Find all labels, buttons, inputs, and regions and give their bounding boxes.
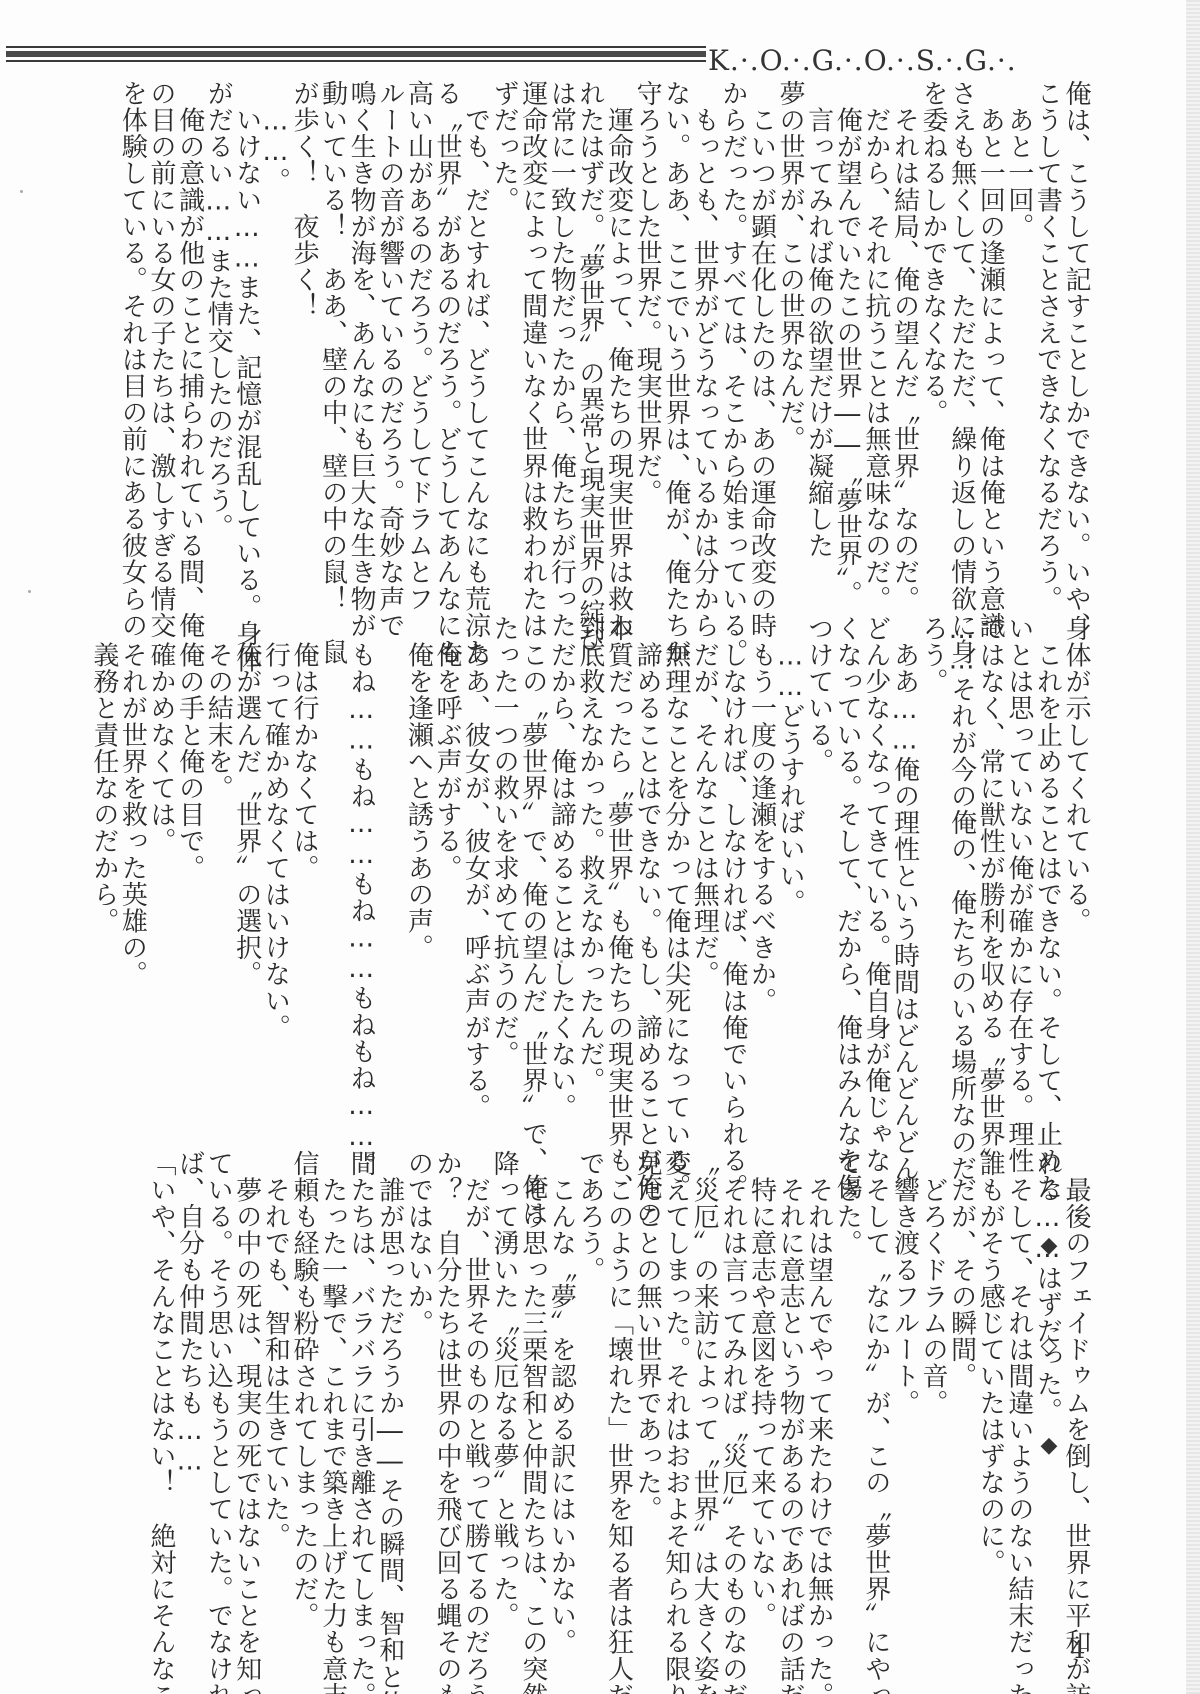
text-line: 俺は行かなくては。 <box>289 615 318 1075</box>
text-line: 俺が選んだ〝世界〟の選択。 <box>232 615 261 1075</box>
text-line: か？ 自分たちは世界の中を飛び回る蝿そのも <box>432 1150 461 1600</box>
text-line: だから、それに抗うことは無意味なのだ。 <box>861 80 890 550</box>
text-line: そう思った三栗智和と仲間たちは、この突然 <box>518 1150 547 1600</box>
text-line: 間たちは、バラバラに引き離されてしまった。 <box>347 1150 376 1600</box>
text-line: ……どうすればいい。 <box>775 615 804 1075</box>
text-line: だが、その瞬間。 <box>947 1150 976 1600</box>
text-line: たった一つの救いを求めて抗うのだ。 <box>490 615 519 1075</box>
text-line: であろう。 <box>575 1150 604 1600</box>
text-line: 誰が思っただろうか――その瞬間、智和と仲 <box>375 1150 404 1600</box>
text-line: 行って確かめなくてはいけない。 <box>261 615 290 1075</box>
text-line: 本質だったら〝夢世界〟も俺たちの現実世界も、 <box>604 615 633 1075</box>
text-line: 誰もがそう感じていたはずなのに。 <box>976 1150 1005 1600</box>
text-line: 変えてしまった。それはおおよそ知られる限り <box>661 1150 690 1600</box>
text-line: のではないか。 <box>404 1150 433 1600</box>
text-line: あと一回の逢瀬によって、俺は俺という意識 <box>976 80 1005 550</box>
section-break-diamond-filled-icon: ◆ <box>1034 1433 1064 1458</box>
header-rule <box>6 46 706 66</box>
text-line: の目の前にいる女の子たちは、激しすぎる情交 <box>146 80 175 550</box>
section-break-diamond-filled-icon: ◆ <box>1034 1233 1064 1258</box>
text-line: その結末を。 <box>204 615 233 1075</box>
section-break-diamond-hollow-icon: ◇ <box>1034 1333 1064 1358</box>
text-line: を体験している。それは目の前にある彼女らの <box>118 80 147 550</box>
text-line: だが、世界そのものと戦って勝てるのだろう <box>461 1150 490 1600</box>
text-line: 動いている！ ああ、壁の中、壁の中の鼠！ 鼠 <box>318 80 347 550</box>
text-line: どろくドラムの音。 <box>918 1150 947 1600</box>
text-line: しなければ、しなければ、俺は俺でいられる。 <box>718 615 747 1075</box>
text-line: 守ろうとした世界だ。現実世界だ。 <box>633 80 662 550</box>
text-line: を委ねるしかできなくなる。 <box>918 80 947 550</box>
text-line: 俺の意識が他のことに捕らわれている間、俺 <box>175 80 204 550</box>
text-line: 夢の中の死は、現実の死ではないことを知っ <box>232 1150 261 1600</box>
text-block-middle: 身体が示してくれている。 これを止めることはできない。そして、止めたいとは思って… <box>89 615 1090 1075</box>
text-line: 「いや、そんなことはない！ 絶対にそんなこと <box>146 1150 175 1600</box>
text-line: 俺を逢瀬へと誘うあの声。 <box>404 615 433 1075</box>
text-line: それが世界を救った英雄の。 <box>118 615 147 1075</box>
text-line: 俺を呼ぶ声がする。 <box>432 615 461 1075</box>
text-line: 特に意志や意図を持って来ていない。 <box>747 1150 776 1600</box>
text-line: それは望んでやって来たわけでは無かった。 <box>804 1150 833 1600</box>
text-line: ている。そう思い込もうとしていた。でなけれ <box>204 1150 233 1600</box>
text-line: れたはずだ。〝夢世界〟の異常と現実世界の綻び <box>575 80 604 550</box>
text-line: こうして書くことさえできなくなるだろう。 <box>1033 80 1062 550</box>
text-line: 言ってみれば俺の欲望だけが凝縮した <box>804 80 833 550</box>
text-line: だが、そんなことは無理だ。 <box>690 615 719 1075</box>
text-line: ああ、彼女が、彼女が、呼ぶ声がする。 <box>461 615 490 1075</box>
text-line: それは言ってみれば〝災厄〟そのものなのだ。 <box>718 1150 747 1600</box>
page-number: 4 <box>1070 1636 1085 1664</box>
text-line <box>375 615 404 1075</box>
text-line: もね……もね……もね……もねもね……。 <box>347 615 376 1075</box>
text-line: それに意志という物があるのであればの話だが。 <box>775 1150 804 1600</box>
text-line: 最後のフェイドゥムを倒し、世界に平和が訪 <box>1061 1150 1090 1600</box>
scan-speck <box>20 190 23 193</box>
text-line: いけない……また、記憶が混乱している。身体 <box>232 80 261 550</box>
text-line: 到底救えなかった。救えなかったんだ。 <box>575 615 604 1075</box>
text-line: 夢の世界が、この世界なんだ。 <box>775 80 804 550</box>
text-line: 身体が示してくれている。 <box>1061 615 1090 1075</box>
text-line: 俺の手と俺の目で。 <box>175 615 204 1075</box>
text-line: ろう。 <box>918 615 947 1075</box>
text-line: 見たことの無い世界であった。 <box>633 1150 662 1600</box>
page-edge <box>1186 0 1200 1694</box>
text-line: ない。ああ、ここでいう世界は、俺が、俺たちが <box>661 80 690 550</box>
text-line: 信頼も経験も粉砕されてしまったのだ。 <box>289 1150 318 1600</box>
text-line: もっとも、世界がどうなっているかは分から <box>690 80 719 550</box>
text-line: 俺は、こうして記すことしかできない。いや、 <box>1061 80 1090 550</box>
text-line: そして〝なにか〟が、この〝夢世界〟にやっ <box>861 1150 890 1600</box>
text-line: ではなく、常に獣性が勝利を収める〝夢世界〟 <box>976 615 1005 1075</box>
text-line: ば、自分も仲間たちも…… <box>175 1150 204 1600</box>
text-line: ずだった。 <box>490 80 519 550</box>
text-line: くなっている。そして、だから、俺はみんなを傷 <box>833 615 862 1075</box>
text-line: 俺が望んでいたこの世界――〝夢世界〟。 <box>833 80 862 550</box>
text-line: 鳴く生き物が海を、あんなにも巨大な生き物が <box>347 80 376 550</box>
text-line: 運命改変によって間違いなく世界は救われたは <box>518 80 547 550</box>
text-line: ルートの音が響いているのだろう。奇妙な声で <box>375 80 404 550</box>
text-line: からだった。すべては、そこから始まっている。 <box>718 80 747 550</box>
text-line: それは結局、俺の望んだ〝世界〟なのだ。 <box>890 80 919 550</box>
text-line: こんな〝夢〟を認める訳にはいかない。 <box>547 1150 576 1600</box>
text-line: ……それが今の俺の、俺たちのいる場所なのだ <box>947 615 976 1075</box>
text-line: 無理なことを分かって俺は尖死になっている。 <box>661 615 690 1075</box>
text-line: いとは思っていない俺が確かに存在する。理性 <box>1004 615 1033 1075</box>
text-line: 〝災厄〟の来訪によって〝世界〟は大きく姿を <box>690 1150 719 1600</box>
text-line: たった一撃で、これまで築き上げた力も意志も <box>318 1150 347 1600</box>
text-line: もう一度の逢瀬をするべきか。 <box>747 615 776 1075</box>
text-line: 運命改変によって、俺たちの現実世界は救わ <box>604 80 633 550</box>
text-line: どん少なくなってきている。俺自身が俺じゃな <box>861 615 890 1075</box>
text-line: この〝夢世界〟で、俺の望んだ〝世界〟で、俺は <box>518 615 547 1075</box>
text-line <box>318 615 347 1075</box>
text-line: あと一回。 <box>1004 80 1033 550</box>
text-line: でも、だとすれば、どうしてこんなにも荒涼た <box>461 80 490 550</box>
text-line: このように「壊れた」世界を知る者は狂人だけ <box>604 1150 633 1600</box>
text-line: 諦めることはできない。もし、諦めることが俺の <box>633 615 662 1075</box>
text-line: 確かめなくては。 <box>146 615 175 1075</box>
text-block-top: 俺は、こうして記すことしかできない。いや、こうして書くことさえできなくなるだろう… <box>118 80 1090 550</box>
scan-speck <box>28 590 31 593</box>
text-line: 高い山があるのだろう。どうしてドラムとフ <box>404 80 433 550</box>
text-line: る〝世界〟があるのだろう。どうしてあんなにも <box>432 80 461 550</box>
text-line: これを止めることはできない。そして、止めた <box>1033 615 1062 1075</box>
text-line: こいつが顕在化したのは、あの運命改変の時 <box>747 80 776 550</box>
text-line: さえも無くして、ただただ、繰り返しの情欲に身 <box>947 80 976 550</box>
text-line: ……。 <box>261 80 290 550</box>
text-line: がだるい……また情交したのだろう。 <box>204 80 233 550</box>
header-title: K.·.O.·.G.·.O.·.S.·.G.·. <box>708 44 1017 77</box>
text-line: れる……はずだった。 <box>1033 1150 1062 1600</box>
text-line: 響き渡るフルート。 <box>890 1150 919 1600</box>
text-line: は常に一致した物だったから、俺たちが行った <box>547 80 576 550</box>
text-line: ああ……俺の理性という時間はどんどんどん <box>890 615 919 1075</box>
text-line: 降って湧いた〝災厄なる夢〟と戦った。 <box>490 1150 519 1600</box>
text-line: そして、それは間違いようのない結末だった。 <box>1004 1150 1033 1600</box>
scan-speck <box>560 960 563 963</box>
text-line: 義務と責任なのだから。 <box>89 615 118 1075</box>
text-block-bottom: 最後のフェイドゥムを倒し、世界に平和が訪れる……はずだった。 そして、それは間違… <box>146 1150 1090 1600</box>
text-line: てきた。 <box>833 1150 862 1600</box>
text-line: が歩く！ 夜歩く！ <box>289 80 318 550</box>
text-line: つけている。 <box>804 615 833 1075</box>
text-line: だから、俺は諦めることはしたくない。 <box>547 615 576 1075</box>
text-line: それでも、智和は生きていた。 <box>261 1150 290 1600</box>
